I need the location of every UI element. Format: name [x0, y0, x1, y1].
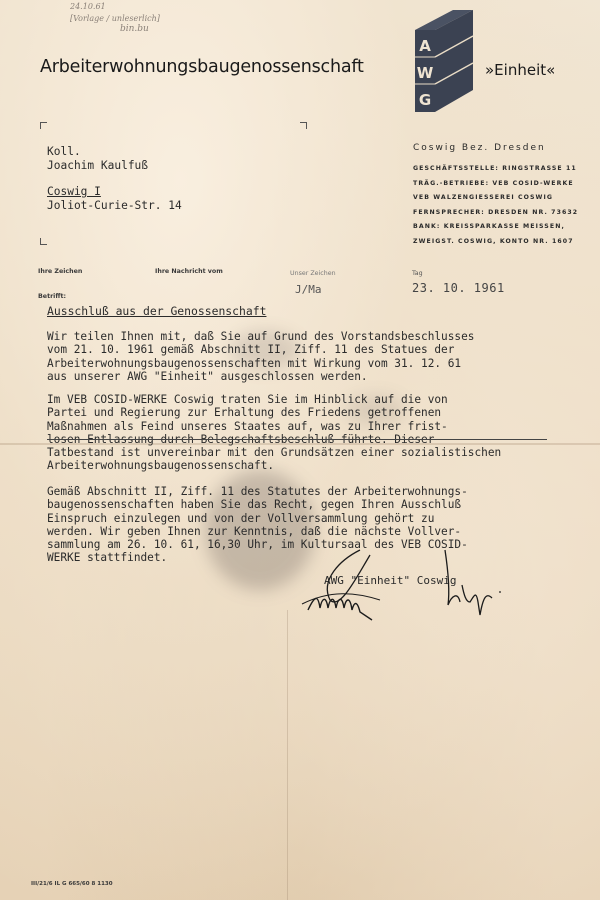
tag-label: Tag	[412, 270, 423, 277]
form-code: III/21/6 IL G 665/60 8 1130	[31, 881, 113, 887]
logo-letter: G	[419, 91, 431, 109]
sender-detail-line: ZWEIGST. COSWIG, KONTO NR. 1607	[413, 235, 578, 250]
recipient-salutation: Koll.	[47, 145, 182, 159]
paper-fold-vertical	[287, 610, 288, 900]
body-paragraph-1: Wir teilen Ihnen mit, daß Sie auf Grund …	[47, 330, 592, 383]
typed-underline-mark	[47, 439, 547, 440]
sender-detail-line: VEB WALZENGIESSEREI COSWIG	[413, 191, 578, 206]
letter-page: 24.10.61 [Vorlage / unleserlich] bin.bu …	[0, 0, 600, 900]
awg-logo-icon: A W G	[413, 8, 475, 113]
sender-detail-line: TRÄG.-BETRIEBE: VEB COSID-WERKE	[413, 177, 578, 192]
handwritten-note: [Vorlage / unleserlich]	[70, 14, 160, 23]
recipient-name: Joachim Kaulfuß	[47, 159, 182, 173]
logo-letter: W	[417, 64, 434, 82]
recipient-city: Coswig I	[47, 185, 182, 199]
sender-details: Coswig Bez. Dresden GESCHÄFTSSTELLE: RIN…	[413, 143, 578, 250]
recipient-address: Koll. Joachim Kaulfuß Coswig I Joliot-Cu…	[47, 145, 182, 212]
sender-detail-line: GESCHÄFTSSTELLE: RINGSTRASSE 11	[413, 162, 578, 177]
sender-detail-line: FERNSPRECHER: DRESDEN NR. 73632	[413, 206, 578, 221]
betrifft-label: Betrifft:	[38, 293, 66, 300]
organization-suffix: »Einheit«	[485, 61, 555, 79]
address-window-mark	[40, 238, 47, 245]
sender-detail-line: BANK: KREISSPARKASSE MEISSEN,	[413, 220, 578, 235]
letter-date: 23. 10. 1961	[412, 281, 505, 295]
organization-name: Arbeiterwohnungsbaugenossenschaft	[40, 57, 364, 77]
address-window-mark	[40, 122, 47, 129]
signature-icon	[300, 540, 530, 640]
logo-letter: A	[419, 37, 431, 55]
subject-line: Ausschluß aus der Genossenschaft	[47, 304, 266, 318]
ihre-zeichen-label: Ihre Zeichen	[38, 268, 82, 275]
ihre-nachricht-label: Ihre Nachricht vom	[155, 268, 223, 275]
unser-zeichen-value: J/Ma	[295, 283, 322, 296]
handwritten-note: 24.10.61	[70, 2, 106, 11]
recipient-street: Joliot-Curie-Str. 14	[47, 199, 182, 213]
unser-zeichen-label: Unser Zeichen	[290, 270, 336, 277]
handwritten-note: bin.bu	[120, 24, 149, 34]
body-paragraph-2: Im VEB COSID-WERKE Coswig traten Sie im …	[47, 393, 592, 473]
address-window-mark	[300, 122, 307, 129]
sender-city: Coswig Bez. Dresden	[413, 143, 578, 153]
